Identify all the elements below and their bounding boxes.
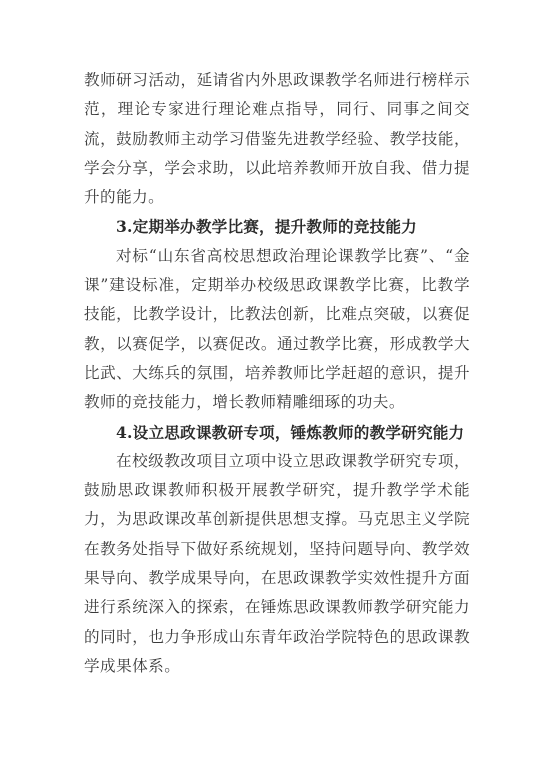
paragraph-research-project: 在校级教改项目立项中设立思政课教学研究专项，鼓励思政课教师积极开展教学研究，提升… <box>84 447 470 681</box>
document-page: 教师研习活动，延请省内外思政课教学名师进行榜样示范，理论专家进行理论难点指导，同… <box>84 66 470 681</box>
section-heading-4-research-project: 4.设立思政课教研专项，锤炼教师的教学研究能力 <box>84 418 470 447</box>
paragraph-teaching-competition: 对标“山东省高校思想政治理论课教学比赛”、“金课”建设标准，定期举办校级思政课教… <box>84 242 470 418</box>
section-heading-3-teaching-competition: 3.定期举办教学比赛，提升教师的竞技能力 <box>84 212 470 241</box>
paragraph-teacher-training-continued: 教师研习活动，延请省内外思政课教学名师进行榜样示范，理论专家进行理论难点指导，同… <box>84 66 470 212</box>
